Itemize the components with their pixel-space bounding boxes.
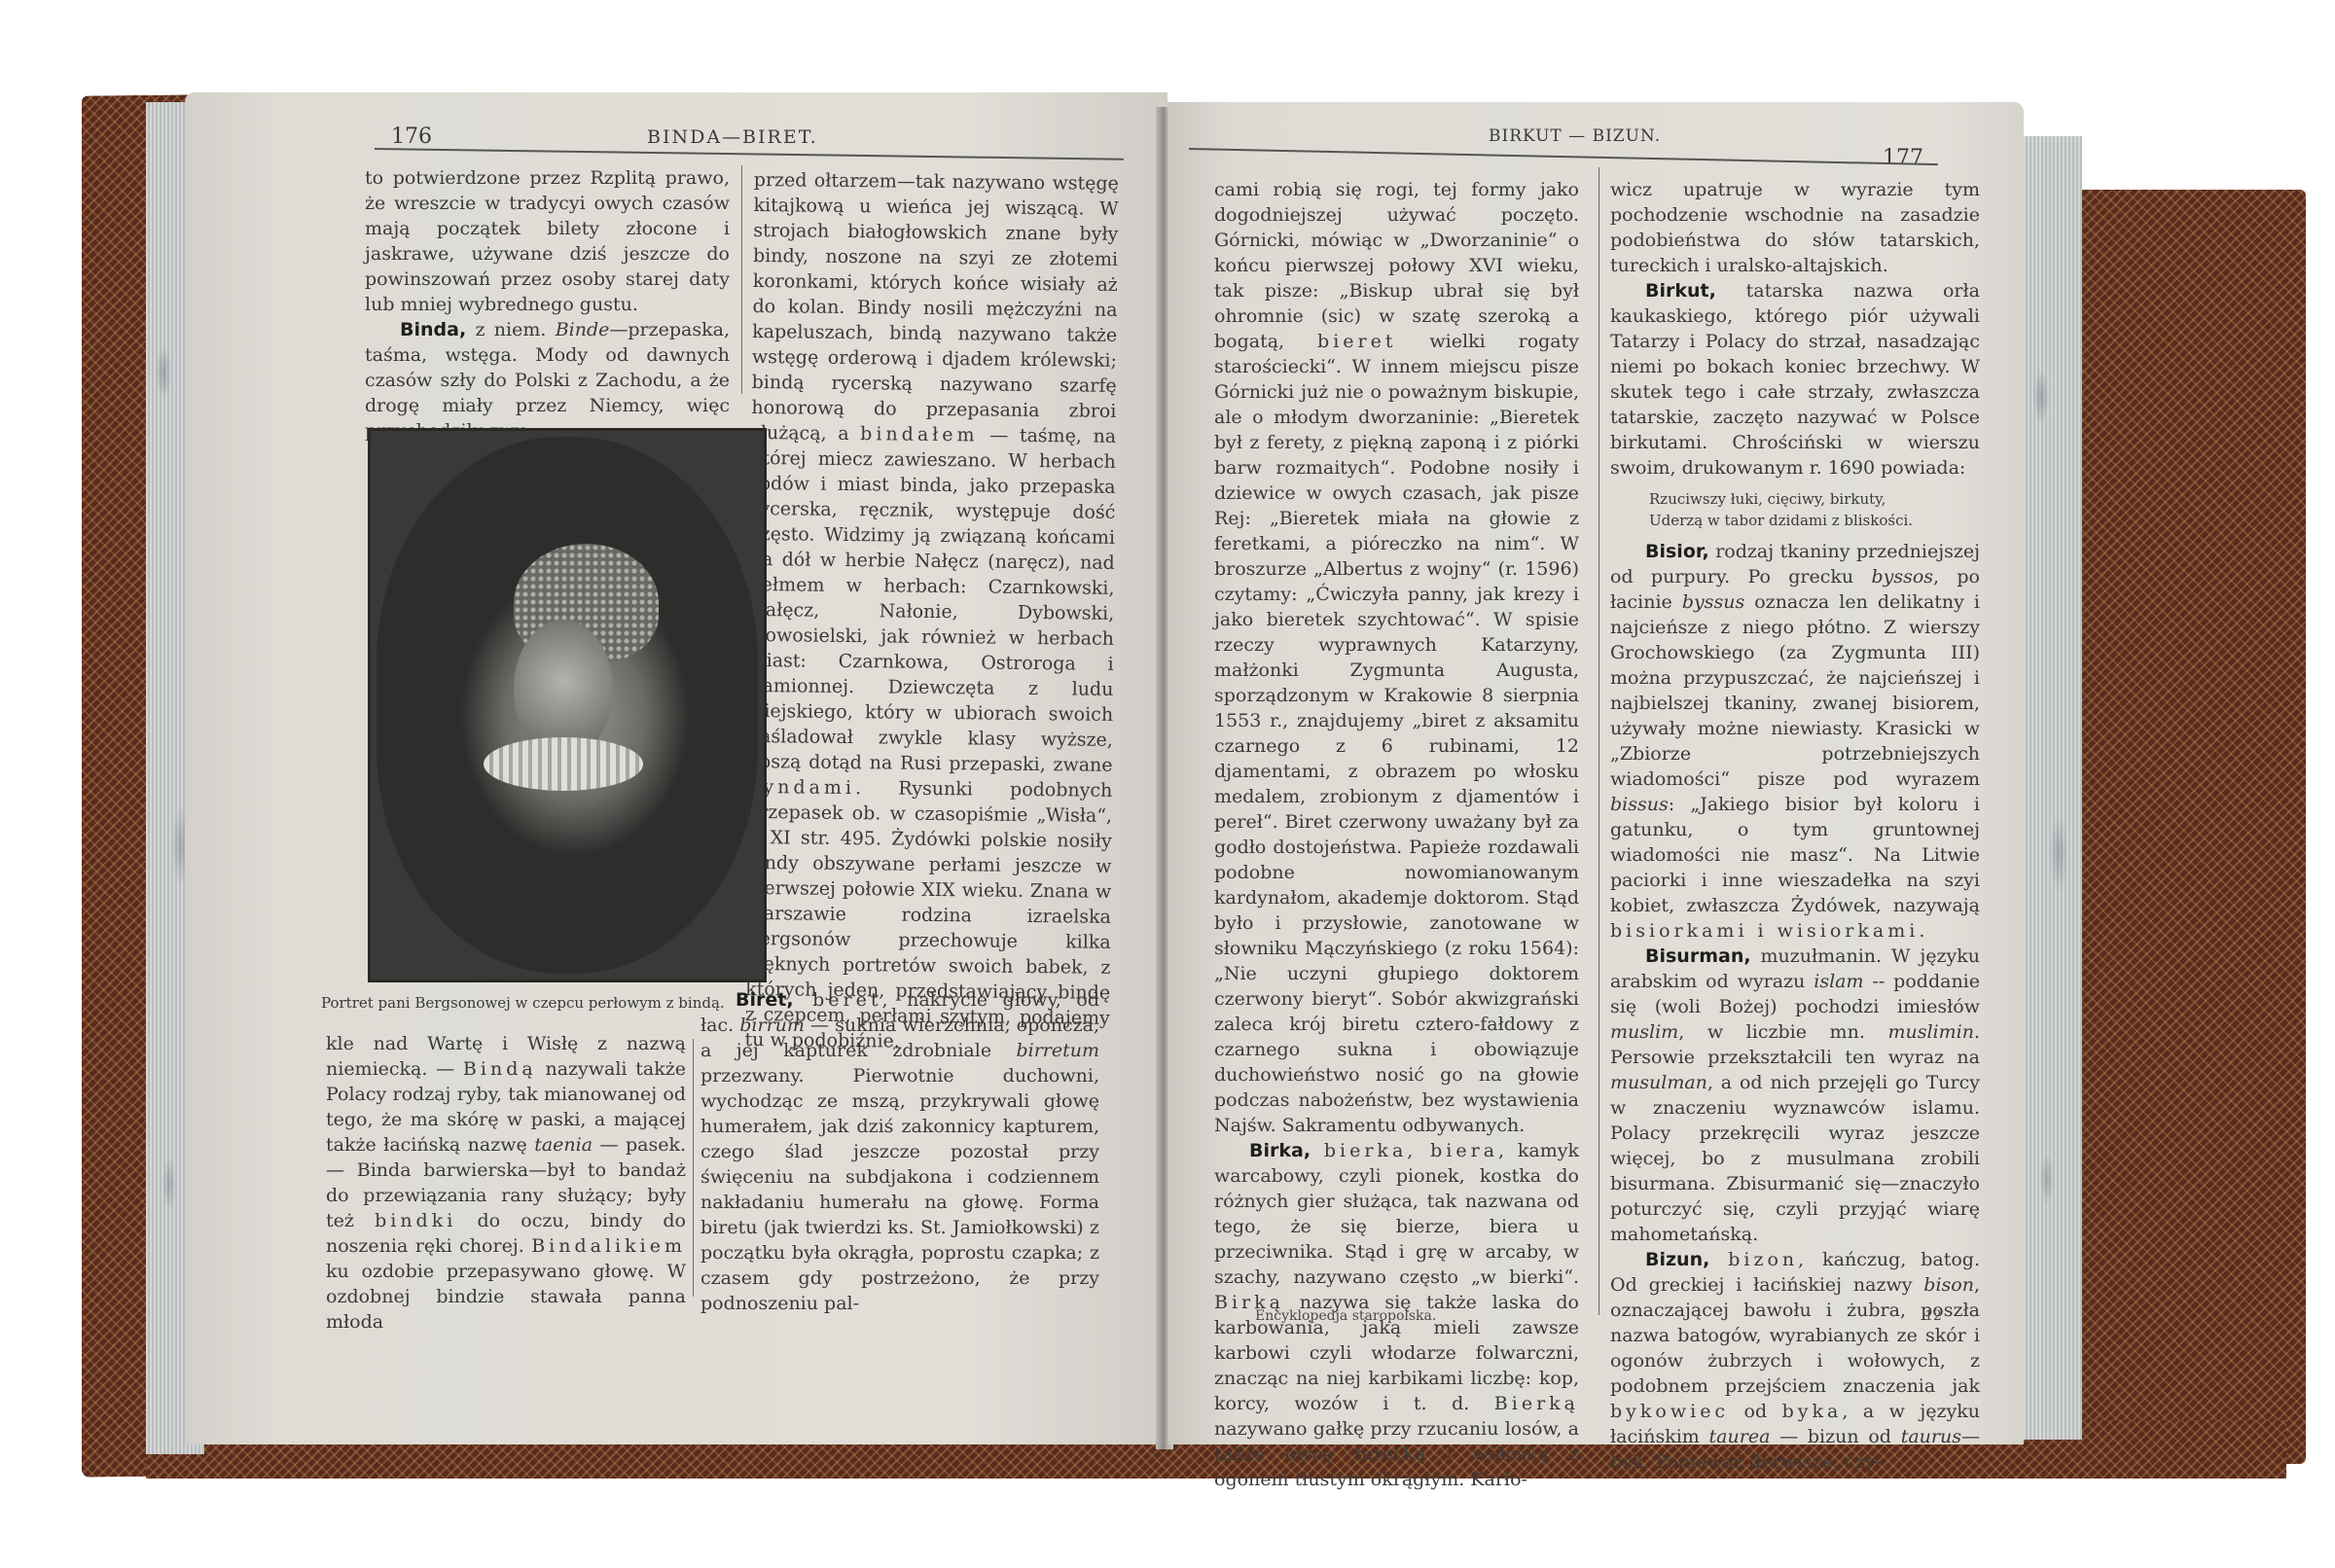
spaced-term: beret, (794, 989, 892, 1011)
verse-quote: Rzuciwszy łuki, cięciwy, birkuty, Uderzą… (1610, 481, 1980, 539)
paragraph: wicz upatruje w wyrazie tym pochodzenie … (1610, 177, 1980, 278)
paragraph: to potwierdzone przez Rzplitą prawo, że … (365, 165, 730, 317)
italic-term: taenia (534, 1134, 593, 1156)
text: oznacza len delikatny i najcieńsze z nie… (1610, 591, 1980, 790)
spaced-term: bykowiec (1610, 1401, 1729, 1422)
italic-term: taurea (1709, 1426, 1771, 1447)
paragraph: kle nad Wartę i Wisłę z nazwą niemiecką.… (326, 1031, 686, 1335)
spaced-term: Bindą (463, 1058, 537, 1080)
text: , a od nich przejęli go Turcy w znaczeni… (1610, 1072, 1980, 1245)
italic-term: islam (1814, 971, 1863, 992)
italic-term: birretum (1016, 1040, 1099, 1061)
portrait-oval (377, 437, 758, 974)
text: nazywano gałkę przy rzucaniu losów, a ta… (1214, 1418, 1579, 1490)
italic-term: musulman (1610, 1072, 1707, 1093)
signature-number: 12 (1924, 1308, 1942, 1324)
column-divider (1599, 167, 1599, 1315)
text: tatarska nazwa orła kaukaskiego, którego… (1610, 280, 1980, 479)
headword-birkut: Birkut, (1645, 280, 1716, 302)
text: , w liczbie mn. (1678, 1021, 1887, 1043)
italic-term: taurus (1901, 1426, 1961, 1447)
spaced-term: bieret (1317, 331, 1396, 352)
italic-term: byssus (1682, 591, 1744, 613)
spaced-term: bindałem (860, 423, 979, 445)
text: cami robią się rogi, tej formy jako dogo… (1214, 179, 1579, 352)
italic-term: birrum (739, 1015, 805, 1036)
left-col1-bottom: kle nad Wartę i Wisłę z nazwą niemiecką.… (326, 1031, 686, 1335)
left-col2: przed ołtarzem—tak nazywano wstęgę kitaj… (744, 167, 1119, 1056)
spaced-term: bisiorkami i wisiorkami (1610, 920, 1919, 942)
spaced-term: Bierką (1494, 1393, 1579, 1414)
right-col2: wicz upatruje w wyrazie tym pochodzenie … (1610, 177, 1980, 1475)
text: — taśmę, na której miecz zawieszano. W h… (747, 424, 1116, 775)
text: . (1919, 920, 1924, 942)
entry-binda: Binda, z niem. Binde—przepaska, taśma, w… (365, 317, 730, 444)
text: ku ozdobie przepasywano głowę. W ozdobne… (326, 1261, 686, 1333)
italic-term: muslim (1610, 1021, 1678, 1043)
entry-birkut: Birkut, tatarska nazwa orła kaukaskiego,… (1610, 278, 1980, 481)
headword-bizun: Bizun, (1645, 1249, 1709, 1270)
spaced-term: bindki (375, 1210, 456, 1231)
text: z niem. (466, 319, 556, 340)
entry-bisurman: Bisurman, muzułmanin. W języku arabskim … (1610, 944, 1980, 1247)
page-number-right: 177 (1883, 146, 1923, 170)
paragraph: cami robią się rogi, tej formy jako dogo… (1214, 177, 1579, 1138)
italic-term: byssos (1871, 566, 1933, 588)
signature-title: Encyklopedja staropolska. (1255, 1308, 1436, 1324)
italic-term: Binde (556, 319, 610, 340)
paragraph: przed ołtarzem—tak nazywano wstęgę kitaj… (744, 167, 1119, 1056)
spaced-term: bizon, (1709, 1249, 1808, 1270)
headword-birka: Birka, (1249, 1140, 1311, 1161)
text: kamyk warcabowy, czyli pionek, kostka do… (1214, 1140, 1579, 1288)
text: od (1729, 1401, 1782, 1422)
text: wielki rogaty starościecki“. W innem mie… (1214, 331, 1579, 1136)
figure-caption: Portret pani Bergsonowej w czepcu perłow… (321, 994, 725, 1012)
spaced-term: Bindalikiem (531, 1235, 686, 1257)
entry-biret: Biret, beret, nakrycie głowy, od łac. bi… (700, 987, 1099, 1316)
italic-term: bison (1923, 1274, 1974, 1296)
text: przezwany. Pierwotnie duchowni, wychodzą… (700, 1065, 1099, 1314)
verse-line: Rzuciwszy łuki, cięciwy, birkuty, (1649, 488, 1980, 510)
headword-bisior: Bisior, (1645, 541, 1709, 562)
headword-biret: Biret, (736, 989, 794, 1011)
italic-term: bissus (1610, 794, 1669, 815)
left-col2-bottom: Biret, beret, nakrycie głowy, od łac. bi… (700, 987, 1099, 1316)
text: — bizun od (1770, 1426, 1900, 1447)
left-col1-top: to potwierdzone przez Rzplitą prawo, że … (365, 165, 730, 444)
column-divider (693, 1039, 694, 1297)
text: przed ołtarzem—tak nazywano wstęgę kitaj… (751, 169, 1119, 445)
headword-bisurman: Bisurman, (1645, 945, 1751, 967)
entry-bisior: Bisior, rodzaj tkaniny przedniejszej od … (1610, 539, 1980, 944)
page-edges-right (2024, 136, 2082, 1440)
verse-line: Uderzą w tabor dzidami z bliskości. (1649, 510, 1980, 531)
portrait-engraving (368, 428, 767, 982)
spaced-term: byka (1782, 1401, 1843, 1422)
running-head-right: BIRKUT — BIZUN. (1489, 126, 1661, 146)
italic-term: muslimin (1887, 1021, 1974, 1043)
spaced-term: bierka, biera, (1311, 1140, 1508, 1161)
lace-ruff (484, 737, 644, 791)
entry-bizun: Bizun, bizon, kańczug, batog. Od greckie… (1610, 1247, 1980, 1475)
headword-binda: Binda, (400, 319, 466, 340)
page-number-left: 176 (391, 125, 432, 149)
column-divider (741, 165, 742, 394)
right-col1: cami robią się rogi, tej formy jako dogo… (1214, 177, 1579, 1492)
running-head-left: BINDA—BIRET. (647, 126, 818, 148)
